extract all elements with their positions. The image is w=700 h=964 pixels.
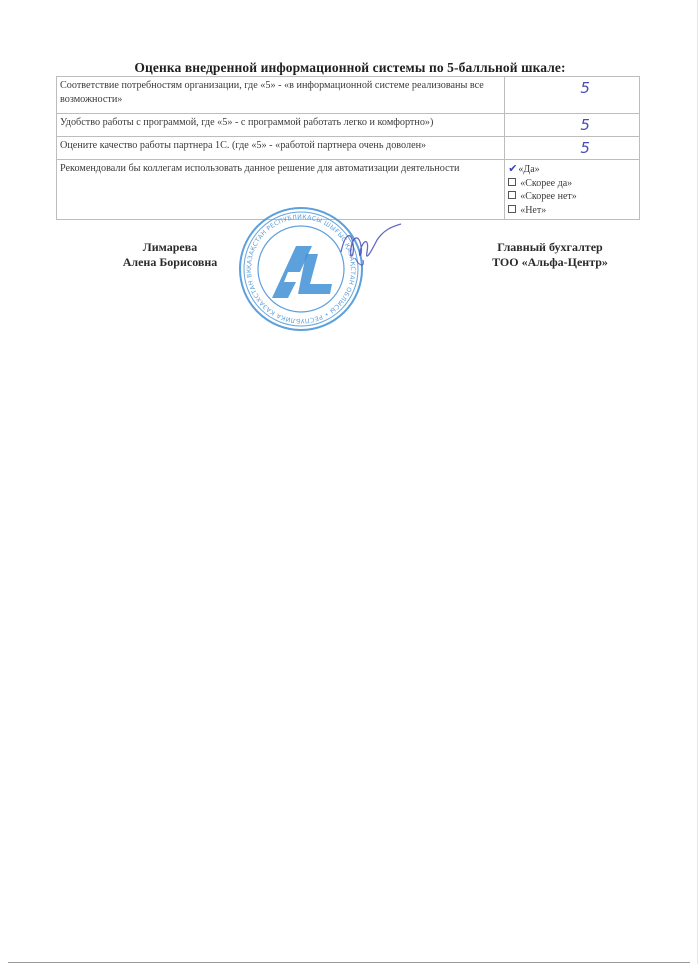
- option-rather-no[interactable]: «Скорее нет»: [508, 190, 636, 204]
- handwritten-signature-icon: [335, 222, 405, 272]
- options-cell: ✔«Да» «Скорее да» «Скорее нет» «Нет»: [505, 160, 640, 220]
- signatory-job-title: Главный бухгалтер: [470, 240, 630, 255]
- handwritten-score: 5: [508, 79, 636, 97]
- scan-edge: [697, 0, 698, 964]
- handwritten-score: 5: [508, 139, 636, 157]
- signatory-first-middle-name: Алена Борисовна: [100, 255, 240, 270]
- document-title: Оценка внедренной информационной системы…: [0, 60, 700, 76]
- table-row: Оцените качество работы партнера 1С. (гд…: [57, 137, 640, 160]
- question-cell: Соответствие потребностям организации, г…: [57, 77, 505, 114]
- question-cell: Оцените качество работы партнера 1С. (гд…: [57, 137, 505, 160]
- signatory-position: Главный бухгалтер ТОО «Альфа-Центр»: [470, 240, 630, 270]
- option-rather-yes[interactable]: «Скорее да»: [508, 177, 636, 191]
- option-yes[interactable]: ✔«Да»: [508, 162, 636, 177]
- answer-cell: 5: [505, 137, 640, 160]
- handwritten-score: 5: [508, 116, 636, 134]
- signatory-company: ТОО «Альфа-Центр»: [470, 255, 630, 270]
- option-no[interactable]: «Нет»: [508, 204, 636, 218]
- scan-bottom-edge: [8, 962, 690, 963]
- answer-cell: 5: [505, 77, 640, 114]
- table-row: Удобство работы с программой, где «5» - …: [57, 114, 640, 137]
- checkbox-icon: [508, 191, 516, 199]
- checkbox-icon: [508, 178, 516, 186]
- checkmark-icon: ✔: [508, 162, 517, 175]
- signatory-name: Лимарева Алена Борисовна: [100, 240, 240, 270]
- checkbox-icon: [508, 205, 516, 213]
- table-row: Соответствие потребностям организации, г…: [57, 77, 640, 114]
- question-cell: Удобство работы с программой, где «5» - …: [57, 114, 505, 137]
- survey-table: Соответствие потребностям организации, г…: [56, 76, 640, 220]
- signatory-last-name: Лимарева: [100, 240, 240, 255]
- answer-cell: 5: [505, 114, 640, 137]
